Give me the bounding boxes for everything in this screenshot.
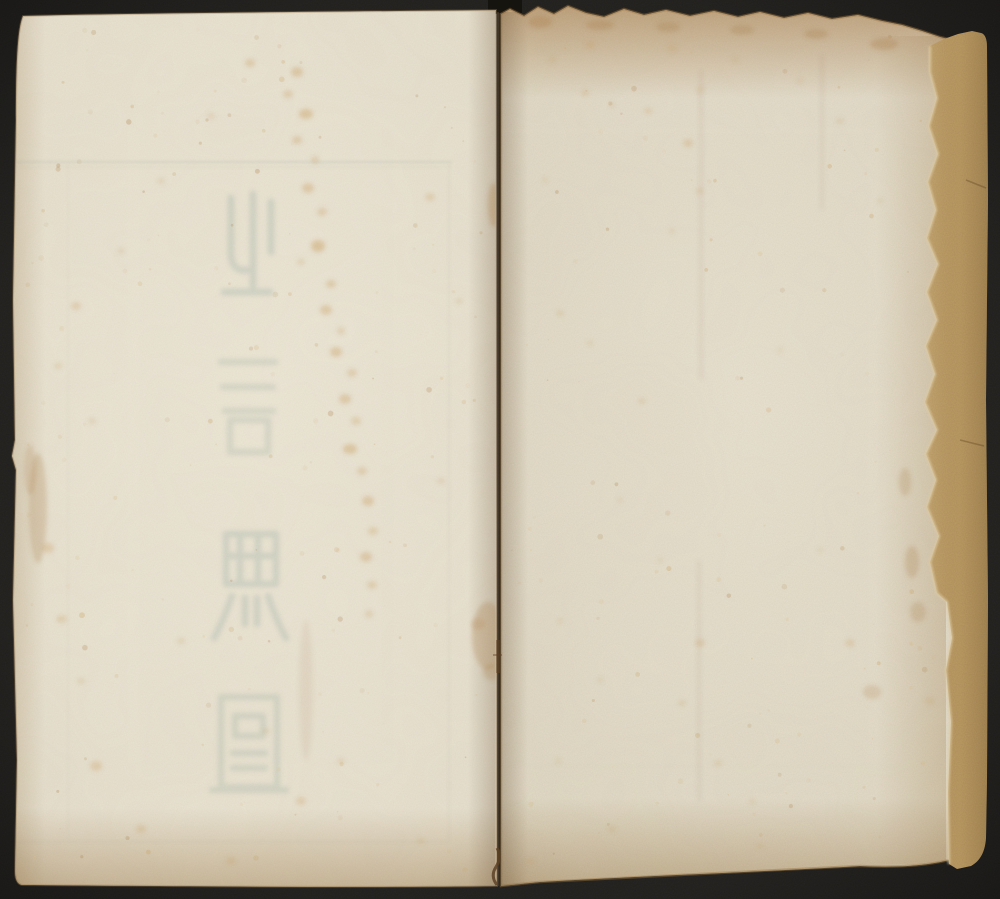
left-page-grain-dark bbox=[10, 8, 502, 892]
left-page bbox=[10, 8, 520, 892]
right-page bbox=[498, 6, 988, 888]
book-scan bbox=[0, 0, 1000, 899]
right-page-grain-dark bbox=[498, 6, 988, 888]
